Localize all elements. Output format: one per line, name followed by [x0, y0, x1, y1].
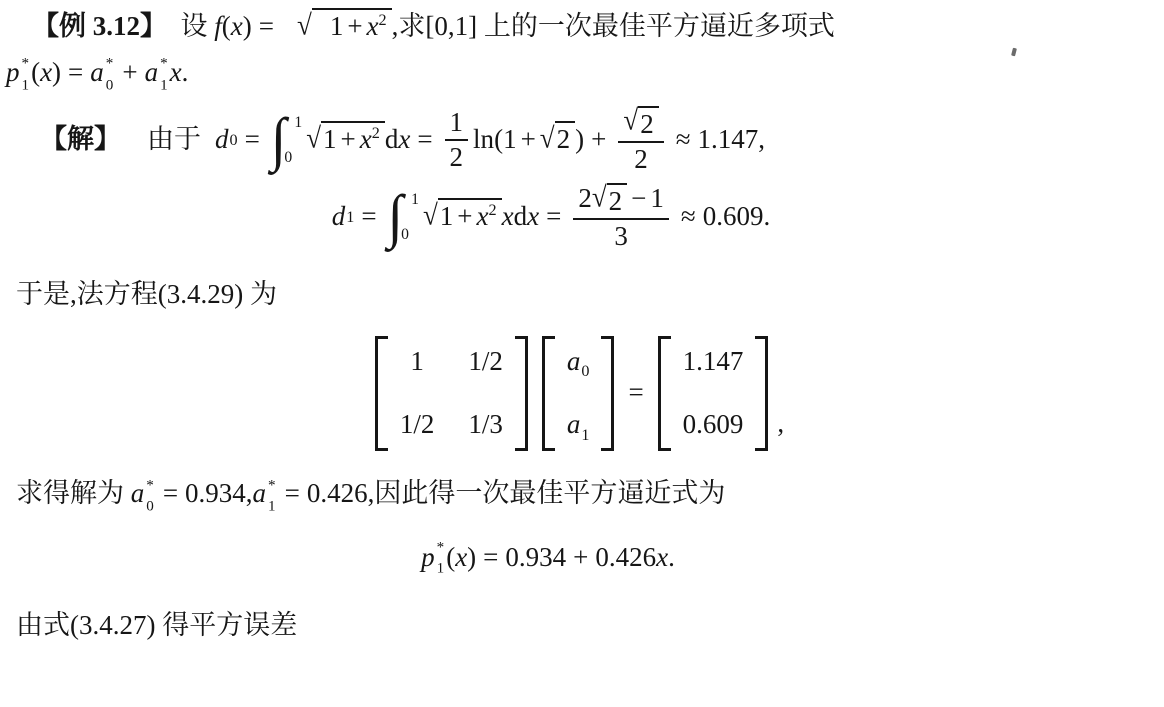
number-one: 1 — [650, 183, 664, 213]
left-bracket — [658, 336, 671, 452]
exponent-two: 2 — [379, 11, 387, 29]
var-x: x — [527, 198, 539, 236]
equals-sign: = — [285, 478, 300, 508]
fraction-sqrt2-over-2: √22 — [618, 106, 663, 175]
var-p: p — [6, 57, 20, 87]
matrix-cell-11: 1/3 — [468, 406, 503, 444]
comma: , — [246, 478, 253, 508]
paren-close: ) — [243, 11, 252, 41]
supsub-a1star: *1 — [268, 480, 276, 513]
rhs-vector: 1.1470.609 — [658, 336, 769, 452]
integral-0-to-1: ∫10 — [388, 190, 419, 244]
paren-close: ) — [575, 121, 584, 159]
plus-sign: + — [521, 121, 536, 159]
sqrt-one-plus-x-squared: √1+x2 — [281, 8, 392, 46]
paragraph-problem-statement: 【例 3.12】 设 f(x)=√1+x2,求[0,1] 上的一次最佳平方逼近多… — [16, 8, 1150, 46]
plus-sign: + — [347, 11, 362, 41]
value-a0: 0.934 — [505, 539, 566, 577]
exponent-two: 2 — [489, 201, 497, 219]
subscript-one: 1 — [346, 209, 354, 225]
star-superscript: * — [268, 478, 276, 493]
var-x: x — [367, 11, 379, 41]
var-x: x — [656, 539, 668, 577]
subscript-zero: 0 — [106, 78, 114, 93]
minus-sign: − — [631, 183, 646, 213]
plus-sign: + — [591, 121, 606, 159]
right-bracket — [601, 336, 614, 452]
formula-p1-definition: p*1(x)=a*0+a*1x. — [6, 54, 1150, 92]
var-a: a — [90, 57, 104, 87]
document-page: 【例 3.12】 设 f(x)=√1+x2,求[0,1] 上的一次最佳平方逼近多… — [0, 0, 1164, 707]
value-a1: 0.426 — [595, 539, 656, 577]
paren-open: ( — [31, 57, 40, 87]
var-x: x — [231, 11, 243, 41]
integral-sign: ∫ — [271, 112, 287, 169]
matrix-cell-10: 1/2 — [400, 406, 435, 444]
var-d: d — [215, 121, 229, 159]
number-one: 1 — [440, 201, 454, 231]
var-d: d — [332, 198, 346, 236]
text-error-line: 由式(3.4.27) 得平方误差 — [16, 610, 297, 640]
equals-sign: = — [546, 198, 561, 236]
vector-cells: 1.1470.609 — [671, 336, 756, 452]
right-bracket — [755, 336, 768, 452]
approx-sign: ≈ — [676, 121, 691, 159]
var-x: x — [477, 201, 489, 231]
right-bracket — [515, 336, 528, 452]
vector-cell-a0: a0 — [567, 343, 590, 381]
star-superscript: * — [22, 57, 30, 72]
equals-sign: = — [417, 121, 432, 159]
paragraph-square-error: 由式(3.4.27) 得平方误差 — [16, 607, 1150, 645]
denominator: 2 — [629, 143, 653, 175]
radicand: 2 — [638, 106, 659, 140]
formula-p1-result: p*1(x) = 0.934 + 0.426x. — [16, 539, 1150, 577]
sqrt-one-plus-x-squared: √1+x2 — [423, 198, 502, 236]
paren-open: ( — [222, 11, 231, 41]
radicand: 1+x2 — [312, 8, 392, 42]
solution-label: 【解】 — [40, 121, 121, 159]
subscript-one: 1 — [160, 78, 168, 93]
equals-sign: = — [68, 57, 83, 87]
period: . — [668, 539, 675, 577]
paren-open: ( — [446, 539, 455, 577]
number-one: 1 — [330, 11, 344, 41]
plus-sign: + — [122, 57, 137, 87]
var-x: x — [40, 57, 52, 87]
radicand: 2 — [607, 183, 628, 217]
radicand: 1+x2 — [321, 121, 385, 155]
var-a: a — [567, 409, 581, 439]
text-find-polynomial: 求[0,1] 上的一次最佳平方逼近多项式 — [398, 11, 834, 41]
supsub-p1star: *1 — [22, 58, 30, 91]
var-a: a — [131, 478, 145, 508]
equals-sign: = — [245, 121, 260, 159]
numerator: 2√2−1 — [573, 183, 669, 220]
text-given: 设 — [181, 11, 208, 41]
exponent-two: 2 — [372, 124, 380, 142]
subscript-one: 1 — [581, 426, 589, 444]
radical-sign: √ — [540, 119, 555, 160]
comma: , — [777, 405, 784, 443]
var-a: a — [253, 478, 267, 508]
value-a0: 0.934 — [185, 478, 246, 508]
equals-sign: = — [163, 478, 178, 508]
formula-d1: d1 = ∫10 √1+x2 xdx = 2√2−13 ≈ 0.609. — [16, 183, 1150, 252]
text-solved-tail: ,因此得一次最佳平方逼近式为 — [368, 478, 726, 508]
sqrt-two: √2 — [623, 106, 658, 140]
sqrt-two: √2 — [592, 183, 627, 217]
plus-sign: + — [341, 124, 356, 154]
differential-d: d — [385, 121, 399, 159]
equals-sign: = — [483, 539, 498, 577]
lower-limit: 0 — [401, 227, 419, 243]
comma: , — [758, 121, 765, 159]
integral-limits: 10 — [288, 115, 302, 165]
equals-sign: = — [628, 374, 643, 412]
paragraph-solution-values: 求得解为 a*0=0.934,a*1=0.426,因此得一次最佳平方逼近式为 — [16, 475, 1150, 513]
left-bracket — [542, 336, 555, 452]
supsub-a0star: *0 — [106, 58, 114, 91]
value-d1: 0.609 — [703, 198, 764, 236]
text-solved-lead: 求得解为 — [16, 478, 124, 508]
lower-limit: 0 — [284, 150, 302, 166]
supsub-a1star: *1 — [160, 58, 168, 91]
text-since: 由于 — [147, 121, 201, 159]
numerator: √2 — [618, 106, 663, 143]
left-bracket — [375, 336, 388, 452]
paren-close: ) — [467, 539, 476, 577]
integral-limits: 10 — [405, 192, 419, 242]
sqrt-two: √2 — [540, 121, 575, 159]
upper-limit: 1 — [294, 115, 302, 131]
fraction-one-half: 12 — [445, 107, 469, 173]
value-a1: 0.426 — [307, 478, 368, 508]
paren-open: ( — [494, 121, 503, 159]
var-a: a — [567, 346, 581, 376]
integral-sign: ∫ — [388, 189, 404, 246]
vector-cell-a1: a1 — [567, 406, 590, 444]
radical-sign: √ — [592, 180, 607, 214]
denominator: 2 — [445, 141, 469, 173]
paragraph-normal-equation: 于是,法方程(3.4.29) 为 — [16, 276, 1150, 314]
subscript-zero: 0 — [581, 362, 589, 380]
supsub-p1star: *1 — [437, 542, 445, 575]
period: . — [182, 57, 189, 87]
rhs-cell-1: 0.609 — [683, 406, 744, 444]
var-x: x — [455, 539, 467, 577]
radical-sign: √ — [306, 119, 321, 160]
var-x: x — [170, 57, 182, 87]
numerator: 1 — [445, 107, 469, 141]
integral-0-to-1: ∫10 — [271, 113, 302, 167]
radicand: 1+x2 — [438, 198, 502, 232]
radical-sign: √ — [423, 196, 438, 237]
fraction-2sqrt2-minus-1-over-3: 2√2−13 — [573, 183, 669, 252]
approx-sign: ≈ — [681, 198, 696, 236]
equals-sign: = — [361, 198, 376, 236]
denominator: 3 — [609, 220, 633, 252]
subscript-zero: 0 — [146, 499, 154, 514]
star-superscript: * — [437, 540, 445, 555]
radical-sign: √ — [281, 5, 312, 46]
example-label: 【例 3.12】 — [32, 11, 167, 41]
star-superscript: * — [106, 57, 114, 72]
subscript-zero: 0 — [230, 132, 238, 148]
var-x: x — [502, 198, 514, 236]
text-normal-equation: 于是,法方程(3.4.29) 为 — [16, 279, 277, 309]
differential-d: d — [514, 198, 528, 236]
var-x: x — [398, 121, 410, 159]
subscript-one: 1 — [268, 499, 276, 514]
star-superscript: * — [146, 478, 154, 493]
value-d0: 1.147 — [698, 121, 759, 159]
number-one: 1 — [323, 124, 337, 154]
formula-d0: 【解】 由于 d0 = ∫10 √1+x2 dx = 12 ln(1+√2) +… — [40, 106, 1150, 175]
matrix-cell-01: 1/2 — [468, 343, 503, 381]
equals-sign: = — [259, 11, 274, 41]
upper-limit: 1 — [411, 192, 419, 208]
plus-sign: + — [573, 539, 588, 577]
coefficient-matrix: 11/21/21/3 — [375, 336, 528, 452]
var-x: x — [360, 124, 372, 154]
formula-matrix-equation: 11/21/21/3 a0a1 = 1.1470.609 , — [16, 336, 1150, 452]
number-one: 1 — [503, 121, 517, 159]
unknown-vector: a0a1 — [542, 336, 615, 452]
supsub-a0star: *0 — [146, 480, 154, 513]
period: . — [763, 198, 770, 236]
radical-sign: √ — [623, 103, 638, 137]
paren-close: ) — [52, 57, 61, 87]
subscript-one: 1 — [437, 561, 445, 576]
var-a: a — [145, 57, 159, 87]
matrix-cell-00: 1 — [410, 343, 424, 381]
ln-function: ln — [473, 121, 494, 159]
subscript-one: 1 — [22, 78, 30, 93]
vector-cells: a0a1 — [555, 336, 602, 452]
plus-sign: + — [457, 201, 472, 231]
var-f: f — [214, 11, 222, 41]
number-two: 2 — [578, 183, 592, 213]
star-superscript: * — [160, 57, 168, 72]
var-p: p — [421, 539, 435, 577]
sqrt-one-plus-x-squared: √1+x2 — [306, 121, 385, 159]
rhs-cell-0: 1.147 — [683, 343, 744, 381]
matrix-cells: 11/21/21/3 — [388, 336, 515, 452]
radicand: 2 — [555, 121, 576, 155]
